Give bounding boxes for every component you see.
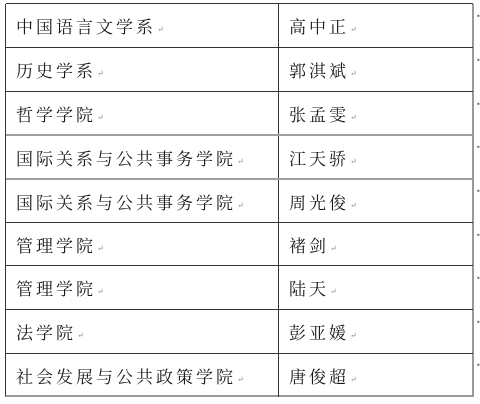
department-cell[interactable]: 历史学系↵ <box>6 48 279 91</box>
department-cell[interactable]: 社会发展与公共政策学院↵ <box>6 354 279 397</box>
name-cell[interactable]: 高中正↵ <box>279 4 473 47</box>
table-row: 国际关系与公共事务学院↵ 周光俊↵ <box>6 178 473 222</box>
paragraph-mark-icon: ↵ <box>350 157 357 166</box>
table-row: 中国语言文学系↵ 高中正↵ <box>6 3 473 47</box>
department-cell[interactable]: 哲学学院↵ <box>6 92 279 135</box>
paragraph-mark-icon: ↵ <box>330 287 337 296</box>
department-cell[interactable]: 管理学院↵ <box>6 266 279 309</box>
name-text: 褚剑 <box>289 232 329 257</box>
name-text: 郭淇斌 <box>289 57 349 82</box>
table-row: 法学院↵ 彭亚媛↵ <box>6 309 473 353</box>
table-row: 历史学系↵ 郭淇斌↵ <box>6 47 473 91</box>
paragraph-mark-icon: ↵ <box>237 375 244 384</box>
name-text: 陆天 <box>289 275 329 300</box>
awardee-table: 中国语言文学系↵ 高中正↵ 历史学系↵ 郭淇斌↵ 哲学学院↵ 张孟雯↵ 国际关系… <box>5 4 474 397</box>
department-cell[interactable]: 国际关系与公共事务学院↵ <box>6 180 279 222</box>
department-text: 社会发展与公共政策学院 <box>16 363 236 388</box>
name-cell[interactable]: 周光俊↵ <box>279 180 473 222</box>
paragraph-mark-icon: ↵ <box>350 113 357 122</box>
paragraph-mark-icon: ↵ <box>350 331 357 340</box>
row-end-mark-icon: • <box>476 187 480 196</box>
department-cell[interactable]: 管理学院↵ <box>6 223 279 266</box>
name-text: 江天骄 <box>289 145 349 170</box>
paragraph-mark-icon: ↵ <box>97 69 104 78</box>
paragraph-mark-icon: ↵ <box>350 375 357 384</box>
department-text: 哲学学院 <box>16 101 96 126</box>
row-end-mark-icon: • <box>476 318 480 327</box>
department-cell[interactable]: 法学院↵ <box>6 310 279 353</box>
table-row: 国际关系与公共事务学院↵ 江天骄↵ <box>6 134 473 178</box>
name-text: 周光俊 <box>289 189 349 214</box>
row-end-mark-icon: • <box>476 12 480 21</box>
department-cell[interactable]: 国际关系与公共事务学院↵ <box>6 136 279 178</box>
paragraph-mark-icon: ↵ <box>350 69 357 78</box>
table-row: 管理学院↵ 褚剑↵ <box>6 222 473 266</box>
paragraph-mark-icon: ↵ <box>237 201 244 210</box>
row-end-mark-icon: • <box>476 231 480 240</box>
row-end-mark-icon: • <box>476 143 480 152</box>
paragraph-mark-icon: ↵ <box>350 201 357 210</box>
name-cell[interactable]: 江天骄↵ <box>279 136 473 178</box>
name-text: 高中正 <box>289 13 349 38</box>
name-cell[interactable]: 张孟雯↵ <box>279 92 473 135</box>
department-text: 管理学院 <box>16 275 96 300</box>
department-text: 国际关系与公共事务学院 <box>16 145 236 170</box>
department-text: 国际关系与公共事务学院 <box>16 189 236 214</box>
paragraph-mark-icon: ↵ <box>157 25 164 34</box>
name-cell[interactable]: 郭淇斌↵ <box>279 48 473 91</box>
paragraph-mark-icon: ↵ <box>237 157 244 166</box>
row-end-mark-icon: • <box>476 274 480 283</box>
name-text: 张孟雯 <box>289 101 349 126</box>
department-text: 中国语言文学系 <box>16 13 156 38</box>
paragraph-mark-icon: ↵ <box>350 25 357 34</box>
row-end-mark-icon: • <box>476 100 480 109</box>
paragraph-mark-icon: ↵ <box>97 287 104 296</box>
paragraph-mark-icon: ↵ <box>97 113 104 122</box>
name-text: 唐俊超 <box>289 363 349 388</box>
name-cell[interactable]: 唐俊超↵ <box>279 354 473 397</box>
name-cell[interactable]: 褚剑↵ <box>279 223 473 266</box>
name-cell[interactable]: 彭亚媛↵ <box>279 310 473 353</box>
table-row: 社会发展与公共政策学院↵ 唐俊超↵ <box>6 353 473 397</box>
paragraph-mark-icon: ↵ <box>330 244 337 253</box>
name-text: 彭亚媛 <box>289 319 349 344</box>
row-end-mark-icon: • <box>476 56 480 65</box>
department-text: 管理学院 <box>16 232 96 257</box>
row-end-mark-icon: • <box>476 361 480 370</box>
department-text: 法学院 <box>16 319 76 344</box>
table-row: 管理学院↵ 陆天↵ <box>6 265 473 309</box>
table-row: 哲学学院↵ 张孟雯↵ <box>6 91 473 135</box>
name-cell[interactable]: 陆天↵ <box>279 266 473 309</box>
department-text: 历史学系 <box>16 57 96 82</box>
paragraph-mark-icon: ↵ <box>97 244 104 253</box>
paragraph-mark-icon: ↵ <box>77 331 84 340</box>
department-cell[interactable]: 中国语言文学系↵ <box>6 4 279 47</box>
